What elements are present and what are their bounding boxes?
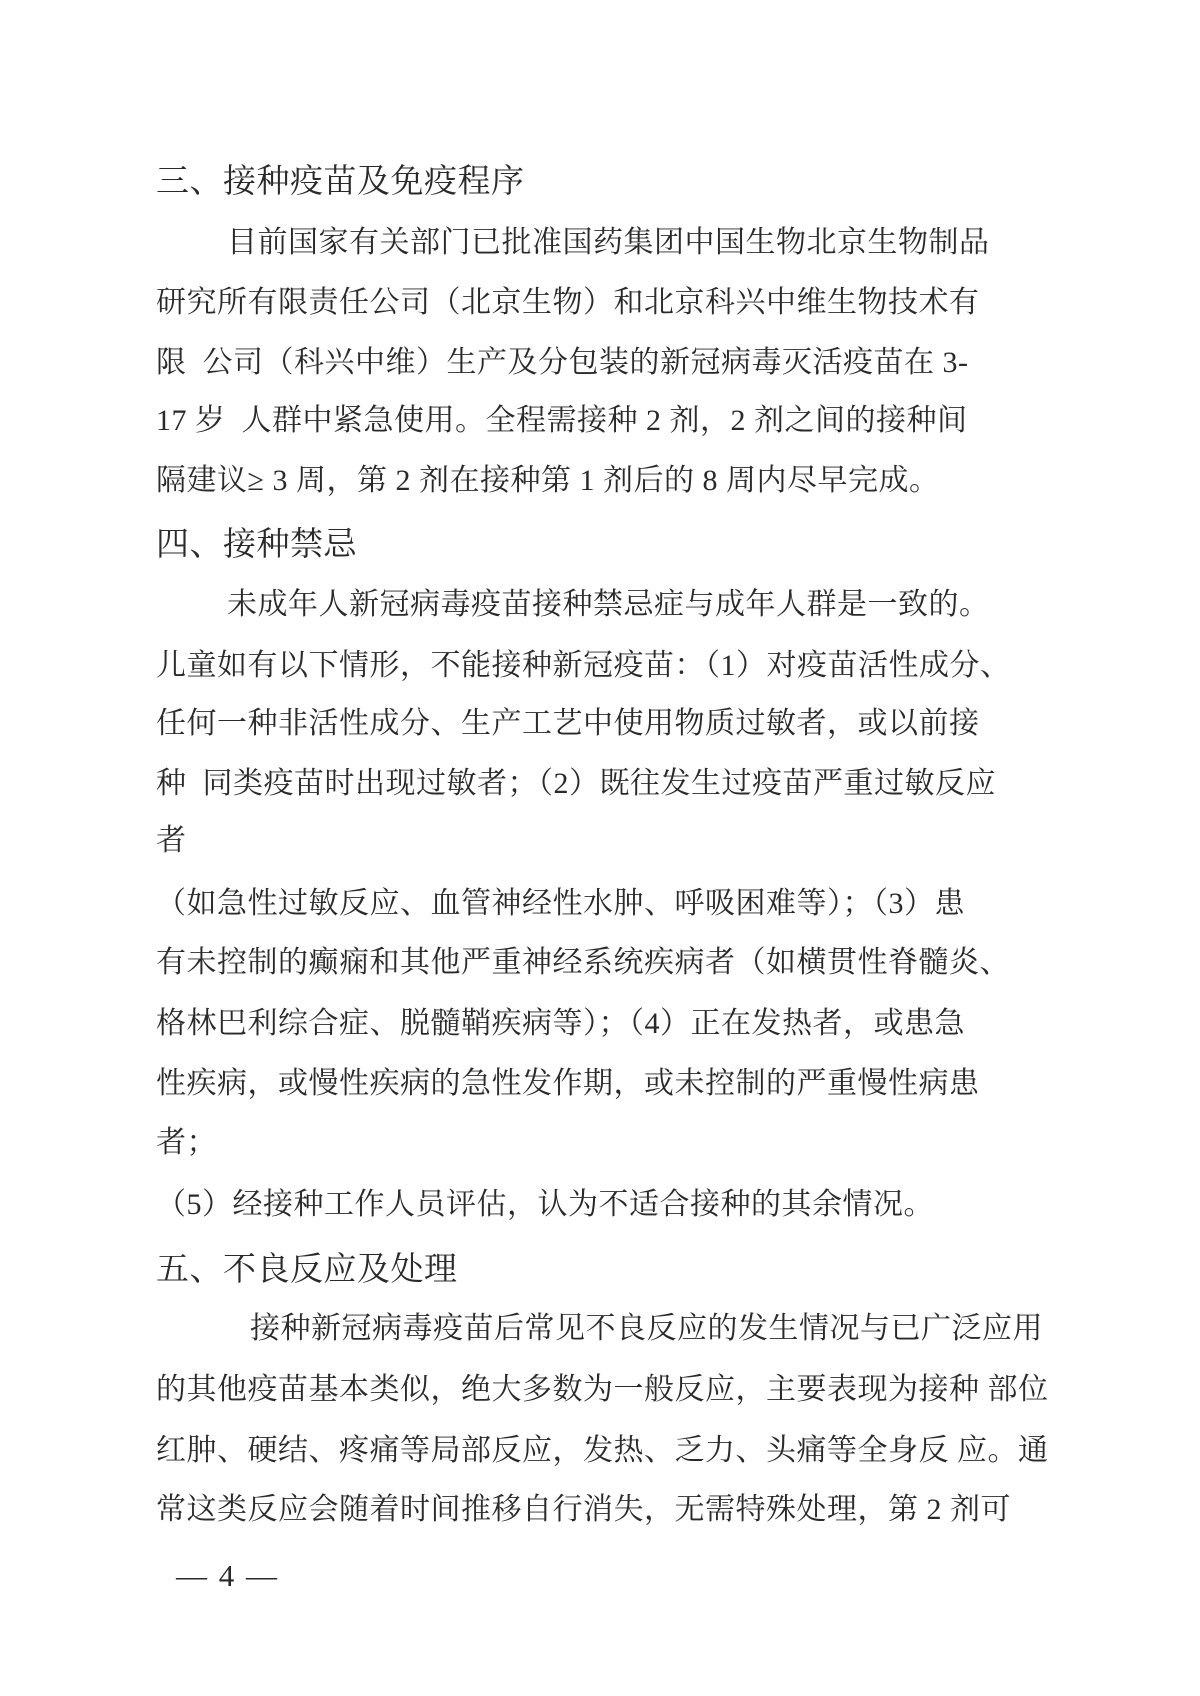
- body-line: （5）经接种工作人员评估，认为不适合接种的其余情况。: [156, 1187, 934, 1223]
- body-line: 格林巴利综合症、脱髓鞘疾病等）；（4）正在发热者，或患急: [156, 1006, 965, 1042]
- body-line: 17 岁 人群中紧急使用。全程需接种 2 剂，2 剂之间的接种间: [156, 403, 968, 439]
- body-line: 目前国家有关部门已批准国药集团中国生物北京生物制品: [227, 225, 990, 261]
- section-heading: 五、不良反应及处理: [156, 1251, 458, 1291]
- body-line: 者: [156, 823, 187, 859]
- body-line: 未成年人新冠病毒疫苗接种禁忌症与成年人群是一致的。: [227, 587, 990, 623]
- body-line: 研究所有限责任公司（北京生物）和北京科兴中维生物技术有: [156, 285, 980, 321]
- body-line: 隔建议≥ 3 周，第 2 剂在接种第 1 剂后的 8 周内尽早完成。: [156, 463, 939, 499]
- page-number: — 4 —: [176, 1557, 279, 1594]
- body-line: 常这类反应会随着时间推移自行消失，无需特殊处理，第 2 剂可: [156, 1492, 1011, 1528]
- section-heading: 三、接种疫苗及免疫程序: [156, 163, 525, 203]
- body-line: 种 同类疫苗时出现过敏者；（2）既往发生过疫苗严重过敏反应: [156, 766, 996, 802]
- body-line: 者；: [156, 1125, 217, 1161]
- body-line: 儿童如有以下情形，不能接种新冠疫苗：（1）对疫苗活性成分、: [156, 648, 1011, 684]
- body-line: 红肿、硬结、疼痛等局部反应，发热、乏力、头痛等全身反 应。通: [156, 1433, 1049, 1469]
- document-page: 三、接种疫苗及免疫程序 目前国家有关部门已批准国药集团中国生物北京生物制品 研究…: [0, 0, 1200, 1696]
- section-heading: 四、接种禁忌: [156, 526, 357, 566]
- body-line: 的其他疫苗基本类似，绝大多数为一般反应，主要表现为接种 部位: [156, 1372, 1049, 1408]
- body-line: 接种新冠病毒疫苗后常见不良反应的发生情况与已广泛应用: [250, 1311, 1043, 1347]
- body-line: 任何一种非活性成分、生产工艺中使用物质过敏者，或以前接: [156, 706, 980, 742]
- body-line: 限 公司（科兴中维）生产及分包装的新冠病毒灭活疫苗在 3-: [156, 345, 969, 381]
- body-line: （如急性过敏反应、血管神经性水肿、呼吸困难等）；（3）患: [156, 886, 965, 922]
- body-line: 有未控制的癫痫和其他严重神经系统疾病者（如横贯性脊髓炎、: [156, 945, 1010, 981]
- body-line: 性疾病，或慢性疾病的急性发作期，或未控制的严重慢性病患: [156, 1066, 980, 1102]
